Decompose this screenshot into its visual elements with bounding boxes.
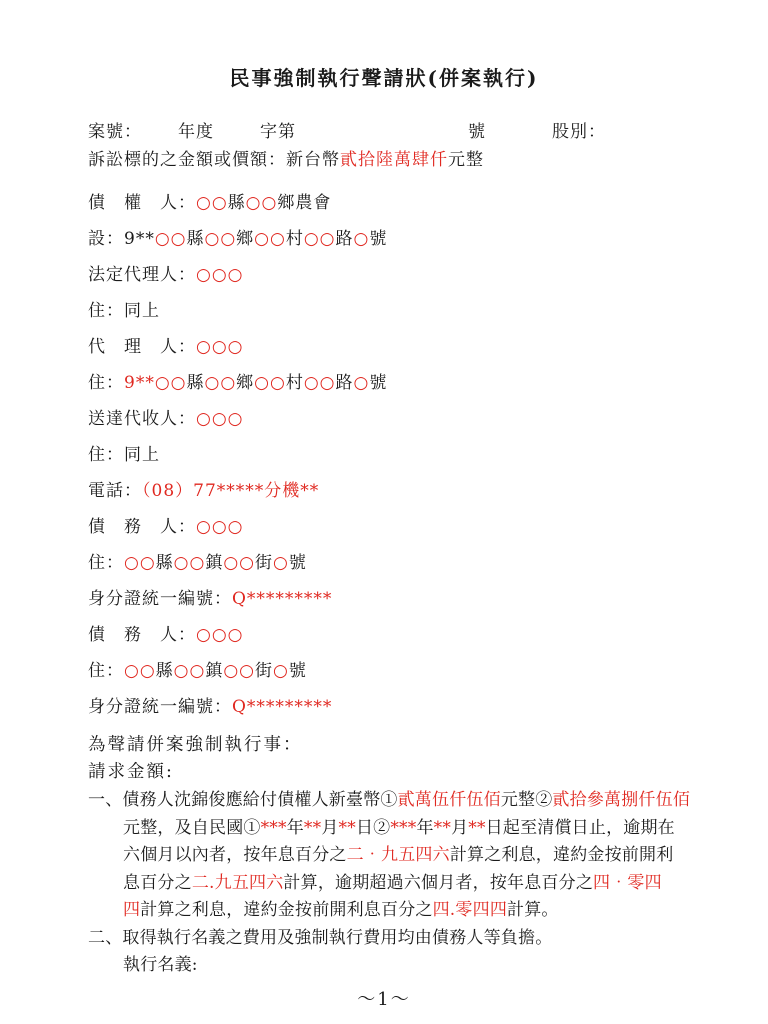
petition-purpose-line: 為聲請併案強制執行事： bbox=[88, 732, 740, 759]
request-amount-label: 請求金額: bbox=[88, 759, 740, 786]
phone-line: 電話：（08）77*****分機** bbox=[88, 480, 740, 516]
masked-red-text: ** bbox=[304, 818, 321, 838]
case-year-label: 年度 bbox=[178, 122, 214, 142]
text-run: 路 bbox=[336, 229, 354, 249]
masked-red-text: ○ bbox=[354, 373, 370, 393]
text-run: 街 bbox=[255, 553, 273, 573]
masked-red-text: 貳萬伍仟伍佰 bbox=[398, 790, 501, 810]
execution-title-label: 執行名義: bbox=[88, 952, 740, 980]
text-run: 住：同上 bbox=[88, 301, 160, 321]
residence-same-line-1: 住：同上 bbox=[88, 300, 740, 336]
masked-red-text: ○ bbox=[273, 661, 289, 681]
text-run: 電話： bbox=[88, 481, 142, 501]
text-run: 訴訟標的之金額或價額：新台幣 bbox=[88, 150, 340, 170]
text-run: 縣 bbox=[186, 373, 204, 393]
text-run: 號 bbox=[369, 229, 387, 249]
masked-red-text: ○○ bbox=[174, 661, 206, 681]
case-no-suffix-label: 號 bbox=[468, 122, 486, 142]
case-division-label: 股別： bbox=[552, 122, 606, 142]
masked-red-text: ○○ bbox=[246, 193, 278, 213]
claim-item-1-line-2: 元整，及自民國①***年**月**日②***年**月**日起至清償日止，逾期在 bbox=[88, 815, 740, 843]
text-run: 鄉 bbox=[236, 373, 254, 393]
masked-red-text: 二.九五四六 bbox=[192, 873, 284, 893]
agent-line: 代 理 人：○○○ bbox=[88, 336, 740, 372]
text-run: 計算，逾期超過六個月者，按年息百分之 bbox=[283, 873, 593, 893]
text-run: 計算之利息，違約金按前開利 bbox=[450, 845, 674, 865]
masked-red-text: ○○ bbox=[254, 373, 286, 393]
debtor2-id-line: 身分證統一編號：Q********* bbox=[88, 696, 740, 732]
creditor-line: 債 權 人：○○縣○○鄉農會 bbox=[88, 192, 740, 228]
page-number: ～1～ bbox=[0, 985, 768, 1011]
text-run: 縣 bbox=[156, 553, 174, 573]
text-run: 元整② bbox=[501, 790, 553, 810]
text-run: 路 bbox=[336, 373, 354, 393]
creditor-address-line: 設：9**○○縣○○鄉○○村○○路○號 bbox=[88, 228, 740, 264]
text-run: 住： bbox=[88, 661, 124, 681]
party-fields: 債 權 人：○○縣○○鄉農會 設：9**○○縣○○鄉○○村○○路○號 法定代理人… bbox=[88, 192, 740, 732]
masked-red-text: ○○ bbox=[223, 661, 255, 681]
text-run: 元整 bbox=[448, 150, 484, 170]
text-run: 縣 bbox=[187, 229, 205, 249]
text-run: 計算。 bbox=[507, 900, 559, 920]
text-run: 身分證統一編號： bbox=[88, 697, 232, 717]
claim-item-1-line-4: 息百分之二.九五四六計算，逾期超過六個月者，按年息百分之四‧零四 bbox=[88, 870, 740, 898]
masked-red-text: ○○○ bbox=[196, 337, 244, 357]
text-run: 送達代收人： bbox=[88, 409, 196, 429]
text-run: 號 bbox=[289, 661, 307, 681]
text-run: 身分證統一編號： bbox=[88, 589, 232, 609]
masked-red-text: ○○ bbox=[254, 229, 286, 249]
text-run: 鎮 bbox=[205, 553, 223, 573]
masked-red-text: ○○○ bbox=[196, 409, 244, 429]
masked-red-text: 四 bbox=[123, 900, 140, 920]
text-run: 鄉農會 bbox=[277, 193, 331, 213]
text-run: 日② bbox=[356, 818, 390, 838]
masked-red-text: Q********* bbox=[232, 589, 332, 609]
masked-red-text: ○○ bbox=[223, 553, 255, 573]
claim-item-1-line-3: 六個月以內者，按年息百分之二‧九五四六計算之利息，違約金按前開利 bbox=[88, 842, 740, 870]
masked-red-text: ○○ bbox=[124, 553, 156, 573]
masked-red-text: ○○○ bbox=[196, 625, 244, 645]
masked-red-text: *** bbox=[261, 818, 287, 838]
text-run: 息百分之 bbox=[123, 873, 192, 893]
masked-red-text: ○○ bbox=[205, 229, 237, 249]
petition-body: 一、債務人沈錦俊應給付債權人新臺幣①貳萬伍仟伍佰元整②貳拾參萬捌仟伍佰 元整，及… bbox=[88, 787, 740, 980]
masked-red-text: ○○○ bbox=[196, 265, 244, 285]
masked-red-text: 9**○○ bbox=[124, 373, 186, 393]
masked-red-text: ○○ bbox=[124, 661, 156, 681]
masked-red-text: ○○ bbox=[304, 229, 336, 249]
masked-red-text: ○○○ bbox=[196, 517, 244, 537]
text-run: 年 bbox=[287, 818, 304, 838]
text-run: 債 務 人： bbox=[88, 517, 196, 537]
text-run: 住： bbox=[88, 553, 124, 573]
masked-red-text: 四‧零四 bbox=[593, 873, 662, 893]
debtor2-line: 債 務 人：○○○ bbox=[88, 624, 740, 660]
text-run: 一、債務人沈錦俊應給付債權人新臺幣① bbox=[88, 790, 398, 810]
text-run: 設：9** bbox=[88, 229, 155, 249]
masked-red-text: 貳拾陸萬肆仟 bbox=[340, 150, 448, 170]
text-run: 月 bbox=[451, 818, 468, 838]
text-run: 鎮 bbox=[205, 661, 223, 681]
text-run: 六個月以內者，按年息百分之 bbox=[123, 845, 347, 865]
case-number-label: 案號： bbox=[88, 122, 142, 142]
masked-red-text: ○○ bbox=[304, 373, 336, 393]
claim-item-2-line: 二、取得執行名義之費用及強制執行費用均由債務人等負擔。 bbox=[88, 925, 740, 953]
masked-red-text: ** bbox=[434, 818, 451, 838]
text-run: 月 bbox=[321, 818, 338, 838]
debtor1-id-line: 身分證統一編號：Q********* bbox=[88, 588, 740, 624]
text-run: 債 權 人： bbox=[88, 193, 196, 213]
masked-red-text: *** bbox=[390, 818, 416, 838]
masked-red-text: （08）77*****分機** bbox=[142, 481, 319, 501]
text-run: 二、取得執行名義之費用及強制執行費用均由債務人等負擔。 bbox=[88, 928, 552, 948]
text-run: 號 bbox=[369, 373, 387, 393]
text-run: 街 bbox=[255, 661, 273, 681]
text-run: 元整，及自民國① bbox=[123, 818, 261, 838]
masked-red-text: ○○ bbox=[196, 193, 228, 213]
text-run: 住： bbox=[88, 373, 124, 393]
legal-representative-line: 法定代理人：○○○ bbox=[88, 264, 740, 300]
text-run: 號 bbox=[289, 553, 307, 573]
text-run: 鄉 bbox=[236, 229, 254, 249]
text-run: 日起至清償日止，逾期在 bbox=[486, 818, 675, 838]
text-run: 法定代理人： bbox=[88, 265, 196, 285]
text-run: 縣 bbox=[156, 661, 174, 681]
text-run: 村 bbox=[286, 229, 304, 249]
masked-red-text: ○ bbox=[354, 229, 370, 249]
case-word-label: 字第 bbox=[260, 122, 296, 142]
service-agent-line: 送達代收人：○○○ bbox=[88, 408, 740, 444]
masked-red-text: 貳拾參萬捌仟伍佰 bbox=[552, 790, 690, 810]
claim-amount-line: 訴訟標的之金額或價額：新台幣貳拾陸萬肆仟元整 bbox=[88, 148, 740, 172]
debtor2-address-line: 住：○○縣○○鎮○○街○號 bbox=[88, 660, 740, 696]
debtor1-address-line: 住：○○縣○○鎮○○街○號 bbox=[88, 552, 740, 588]
masked-red-text: ○○ bbox=[204, 373, 236, 393]
masked-red-text: ** bbox=[468, 818, 485, 838]
masked-red-text: ○○ bbox=[174, 553, 206, 573]
text-run: 村 bbox=[286, 373, 304, 393]
case-number-row: 案號：年度字第號股別： bbox=[88, 120, 740, 144]
text-run: 縣 bbox=[228, 193, 246, 213]
agent-address-line: 住：9**○○縣○○鄉○○村○○路○號 bbox=[88, 372, 740, 408]
document-page: 民事強制執行聲請狀(併案執行) 案號：年度字第號股別： 訴訟標的之金額或價額：新… bbox=[0, 0, 768, 1024]
text-run: 計算之利息，違約金按前開利息百分之 bbox=[140, 900, 432, 920]
text-run: 執行名義: bbox=[123, 955, 198, 975]
document-title: 民事強制執行聲請狀(併案執行) bbox=[0, 64, 768, 92]
debtor1-line: 債 務 人：○○○ bbox=[88, 516, 740, 552]
masked-red-text: Q********* bbox=[232, 697, 332, 717]
text-run: 債 務 人： bbox=[88, 625, 196, 645]
masked-red-text: 二‧九五四六 bbox=[347, 845, 450, 865]
residence-same-line-2: 住：同上 bbox=[88, 444, 740, 480]
text-run: 住：同上 bbox=[88, 445, 160, 465]
masked-red-text: ○ bbox=[273, 553, 289, 573]
text-run: 代 理 人： bbox=[88, 337, 196, 357]
text-run: 年 bbox=[416, 818, 433, 838]
masked-red-text: 四.零四四 bbox=[433, 900, 507, 920]
masked-red-text: ** bbox=[339, 818, 356, 838]
claim-item-1-line-5: 四計算之利息，違約金按前開利息百分之四.零四四計算。 bbox=[88, 897, 740, 925]
claim-item-1-line-1: 一、債務人沈錦俊應給付債權人新臺幣①貳萬伍仟伍佰元整②貳拾參萬捌仟伍佰 bbox=[88, 787, 740, 815]
masked-red-text: ○○ bbox=[155, 229, 187, 249]
